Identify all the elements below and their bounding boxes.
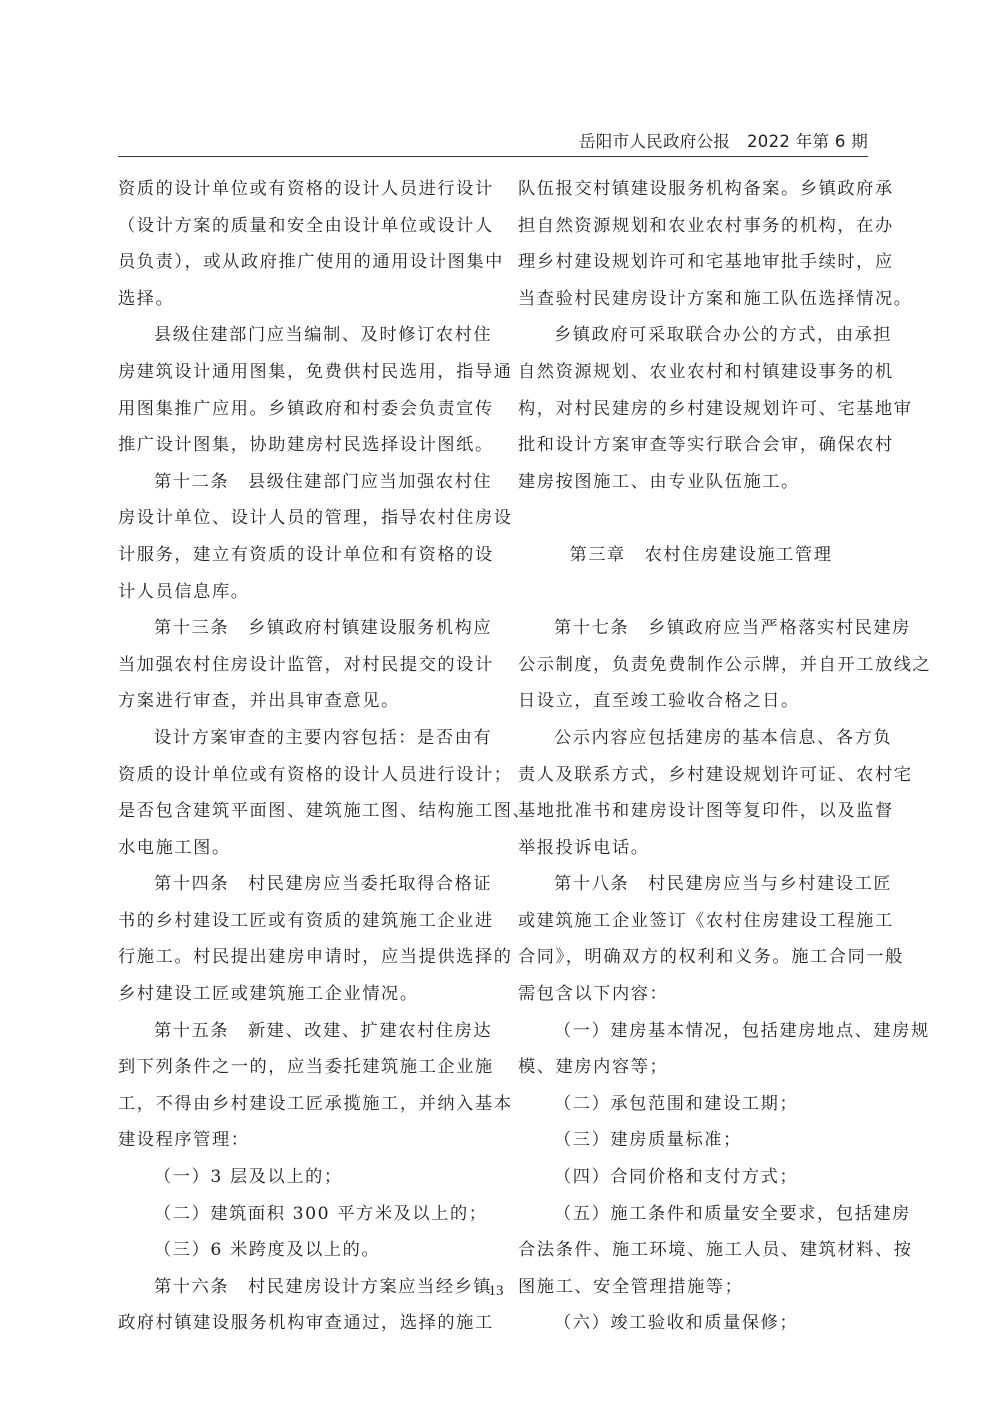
left-column: 资质的设计单位或有资格的设计人员进行设计（设计方案的质量和安全由设计单位或设计人… xyxy=(118,171,484,1342)
text-line: 建房按图施工、由专业队伍施工。 xyxy=(518,464,884,501)
text-line: 合法条件、施工环境、施工人员、建筑材料、按 xyxy=(518,1232,884,1269)
text-line: 到下列条件之一的，应当委托建筑施工企业施 xyxy=(118,1049,484,1086)
text-line: 员负责），或从政府推广使用的通用设计图集中 xyxy=(118,244,484,281)
text-line: 书的乡村建设工匠或有资质的建筑施工企业进 xyxy=(118,903,484,940)
spacer xyxy=(518,574,884,611)
text-line: （二）承包范围和建设工期； xyxy=(518,1086,884,1123)
text-line: 房设计单位、设计人员的管理，指导农村住房设 xyxy=(118,500,484,537)
text-line: 当加强农村住房设计监管，对村民提交的设计 xyxy=(118,647,484,684)
text-line: （五）施工条件和质量安全要求，包括建房 xyxy=(518,1196,884,1233)
text-line: 方案进行审查，并出具审查意见。 xyxy=(118,683,484,720)
text-line: 日设立，直至竣工验收合格之日。 xyxy=(518,683,884,720)
text-line: 第十三条 乡镇政府村镇建设服务机构应 xyxy=(118,610,484,647)
text-line: 县级住建部门应当编制、及时修订农村住 xyxy=(118,317,484,354)
text-line: 资质的设计单位或有资格的设计人员进行设计 xyxy=(118,171,484,208)
text-line: （一）建房基本情况，包括建房地点、建房规 xyxy=(518,1013,884,1050)
text-line: 乡镇政府可采取联合办公的方式，由承担 xyxy=(518,317,884,354)
text-line: 需包含以下内容： xyxy=(518,976,884,1013)
publication-title: 岳阳市人民政府公报 2022 年第 6 期 xyxy=(579,128,868,152)
text-line: （三）建房质量标准； xyxy=(518,1122,884,1159)
text-line: 公示内容应包括建房的基本信息、各方负 xyxy=(518,720,884,757)
text-line: 自然资源规划、农业农村和村镇建设事务的机 xyxy=(518,354,884,391)
text-line: 计服务，建立有资质的设计单位和有资格的设 xyxy=(118,537,484,574)
text-line: （二）建筑面积 300 平方米及以上的； xyxy=(118,1196,484,1233)
text-line: （四）合同价格和支付方式； xyxy=(518,1159,884,1196)
text-line: 批和设计方案审查等实行联合会审，确保农村 xyxy=(518,427,884,464)
right-column: 队伍报交村镇建设服务机构备案。乡镇政府承担自然资源规划和农业农村事务的机构，在办… xyxy=(518,171,884,1342)
text-line: 构，对村民建房的乡村建设规划许可、宅基地审 xyxy=(518,391,884,428)
text-line: 基地批准书和建房设计图等复印件，以及监督 xyxy=(518,793,884,830)
right-column-bottom-text: 第十七条 乡镇政府应当严格落实村民建房公示制度，负责免费制作公示牌，并自开工放线… xyxy=(518,610,884,1342)
spacer xyxy=(518,500,884,537)
text-line: 举报投诉电话。 xyxy=(518,830,884,867)
text-line: 政府村镇建设服务机构审查通过，选择的施工 xyxy=(118,1305,484,1342)
text-line: 计人员信息库。 xyxy=(118,574,484,611)
text-line: 第十五条 新建、改建、扩建农村住房达 xyxy=(118,1013,484,1050)
text-line: 或建筑施工企业签订《农村住房建设工程施工 xyxy=(518,903,884,940)
text-line: 第十四条 村民建房应当委托取得合格证 xyxy=(118,866,484,903)
text-line: 担自然资源规划和农业农村事务的机构，在办 xyxy=(518,208,884,245)
text-line: （一）3 层及以上的； xyxy=(118,1159,484,1196)
header-divider xyxy=(118,156,868,157)
text-line: 公示制度，负责免费制作公示牌，并自开工放线之 xyxy=(518,647,884,684)
text-line: 房建筑设计通用图集，免费供村民选用，指导通 xyxy=(118,354,484,391)
text-line: 选择。 xyxy=(118,281,484,318)
text-line: 设计方案审查的主要内容包括：是否由有 xyxy=(118,720,484,757)
text-line: （六）竣工验收和质量保修； xyxy=(518,1305,884,1342)
text-line: 第十二条 县级住建部门应当加强农村住 xyxy=(118,464,484,501)
text-line: 理乡村建设规划许可和宅基地审批手续时，应 xyxy=(518,244,884,281)
text-line: 第十八条 村民建房应当与乡村建设工匠 xyxy=(518,866,884,903)
text-line: 合同》，明确双方的权利和义务。施工合同一般 xyxy=(518,939,884,976)
text-line: 第十七条 乡镇政府应当严格落实村民建房 xyxy=(518,610,884,647)
text-line: 用图集推广应用。乡镇政府和村委会负责宣传 xyxy=(118,391,484,428)
text-line: 当查验村民建房设计方案和施工队伍选择情况。 xyxy=(518,281,884,318)
text-line: 推广设计图集，协助建房村民选择设计图纸。 xyxy=(118,427,484,464)
text-line: 乡村建设工匠或建筑施工企业情况。 xyxy=(118,976,484,1013)
text-line: （设计方案的质量和安全由设计单位或设计人 xyxy=(118,208,484,245)
page-number: 13 xyxy=(0,1283,992,1300)
text-line: 模、建房内容等； xyxy=(518,1049,884,1086)
page-header: 岳阳市人民政府公报 2022 年第 6 期 xyxy=(118,128,868,156)
text-line: 资质的设计单位或有资格的设计人员进行设计； xyxy=(118,757,484,794)
text-line: 是否包含建筑平面图、建筑施工图、结构施工图、 xyxy=(118,793,484,830)
text-line: 队伍报交村镇建设服务机构备案。乡镇政府承 xyxy=(518,171,884,208)
text-line: （三）6 米跨度及以上的。 xyxy=(118,1232,484,1269)
right-column-top-text: 队伍报交村镇建设服务机构备案。乡镇政府承担自然资源规划和农业农村事务的机构，在办… xyxy=(518,171,884,500)
text-line: 责人及联系方式，乡村建设规划许可证、农村宅 xyxy=(518,757,884,794)
text-line: 工，不得由乡村建设工匠承揽施工，并纳入基本 xyxy=(118,1086,484,1123)
text-line: 行施工。村民提出建房申请时，应当提供选择的 xyxy=(118,939,484,976)
text-line: 建设程序管理： xyxy=(118,1122,484,1159)
text-line: 水电施工图。 xyxy=(118,830,484,867)
chapter-heading: 第三章 农村住房建设施工管理 xyxy=(518,537,884,574)
